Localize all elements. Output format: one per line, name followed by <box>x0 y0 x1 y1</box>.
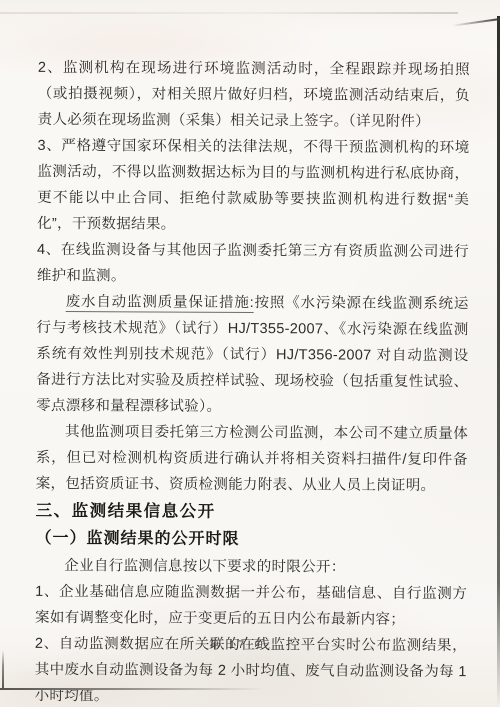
scan-bottom-left-corner-horizontal <box>0 688 265 690</box>
paragraph-monitoring-item-3: 3、严格遵守国家环保相关的法律法规，不得干预监测机构的环境监测活动，不得以监测数… <box>37 133 470 239</box>
scan-bottom-left-corner-vertical <box>2 650 4 690</box>
disclosure-item-1: 1、企业基础信息应随监测数据一并公布，基础信息、自行监测方案如有调整变化时，应于… <box>35 579 467 633</box>
paragraph-other-monitoring: 其他监测项目委托第三方检测公司监测，本公司不建立质量体系，但已对检测机构资质进行… <box>36 419 468 499</box>
disclosure-intro: 企业自行监测信息按以下要求的时限公开： <box>35 553 467 581</box>
paragraph-monitoring-item-2: 2、监测机构在现场进行环境监测活动时，全程跟踪并现场拍照（或拍摄视频），对相关照… <box>38 55 470 135</box>
subsection-heading: （一）监测结果的公开时限 <box>35 525 467 555</box>
scan-top-edge <box>0 12 458 14</box>
underlined-lead-text: 废水自动监测质量保证措施: <box>66 294 254 313</box>
section-heading: 三、监测结果信息公开 <box>36 497 468 527</box>
page-number: 第 17 页 <box>0 636 488 652</box>
paragraph-monitoring-item-4: 4、在线监测设备与其他因子监测委托第三方有资质监测公司进行维护和监测。 <box>37 237 469 291</box>
paragraph-wastewater-qa: 废水自动监测质量保证措施:按照《水污染源在线监测系统运行与考核技术规范》（试行）… <box>36 289 469 421</box>
page-content: 2、监测机构在现场进行环境监测活动时，全程跟踪并现场拍照（或拍摄视频），对相关照… <box>35 55 470 707</box>
scan-top-right-corner <box>452 18 500 27</box>
scanned-document-page: 2、监测机构在现场进行环境监测活动时，全程跟踪并现场拍照（或拍摄视频），对相关照… <box>0 0 500 707</box>
